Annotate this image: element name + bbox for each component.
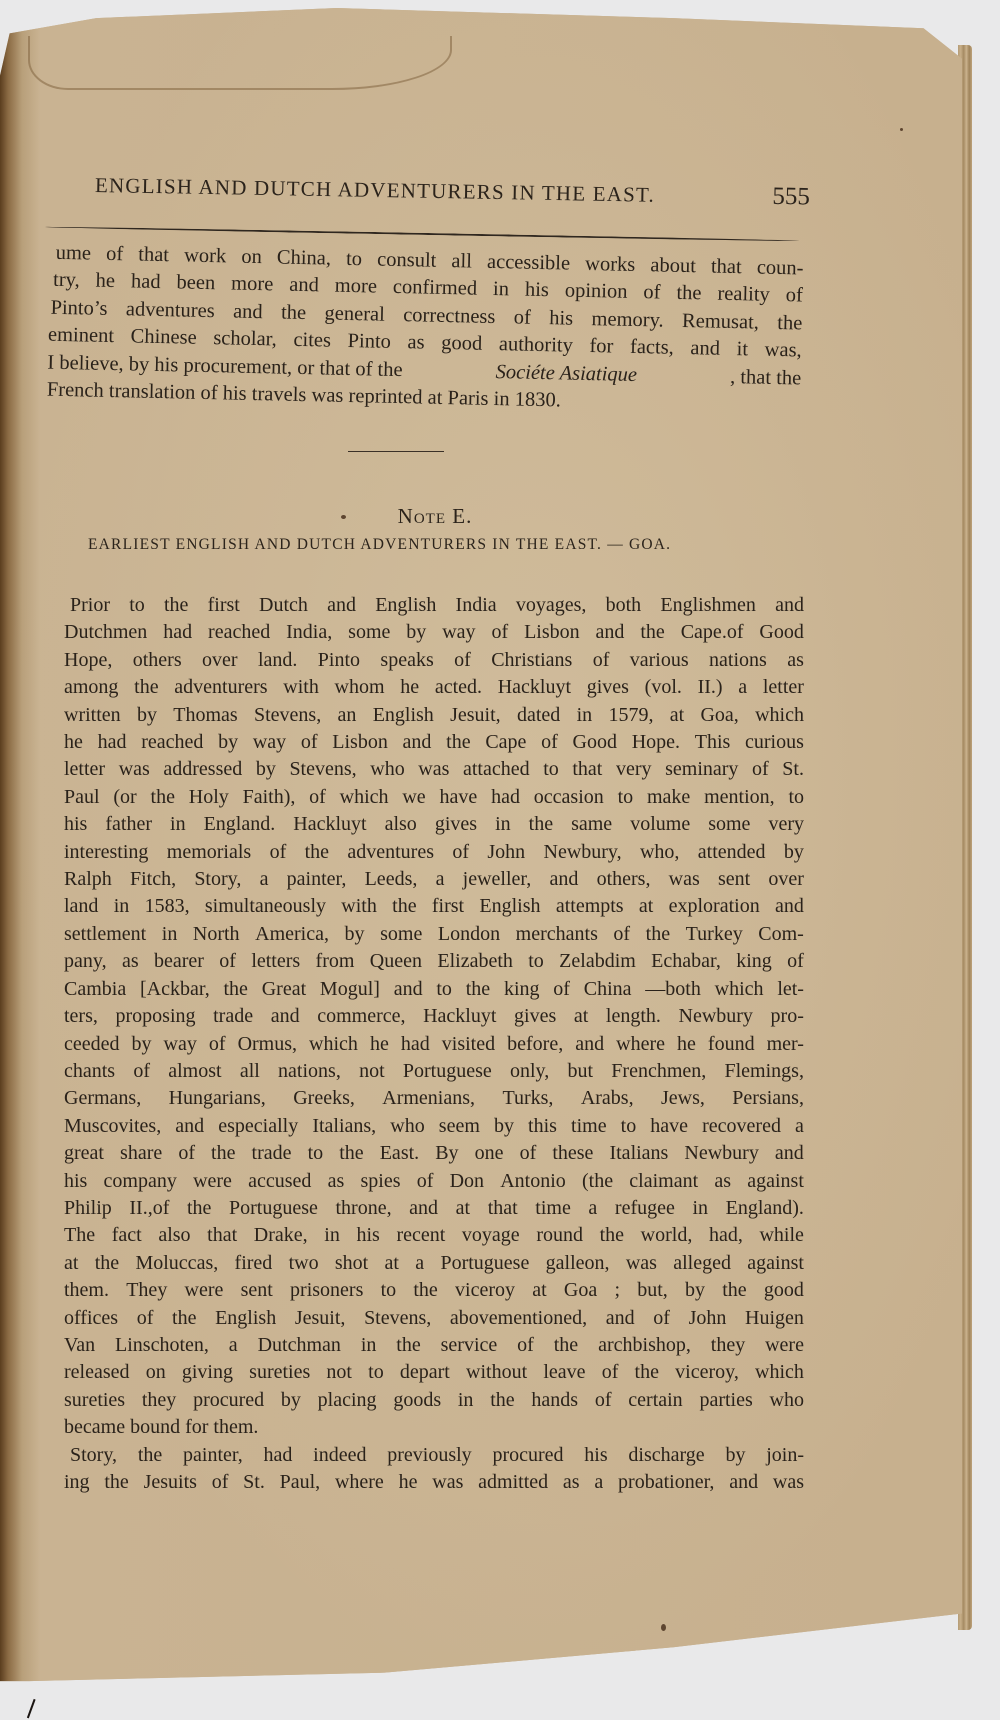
text-line: greatshareofthetradetotheEast.Byoneofthe… bbox=[64, 1140, 804, 1167]
text-line: became bound for them. bbox=[64, 1414, 804, 1441]
text-line: attheMoluccas,firedtwoshotataPortugueseg… bbox=[64, 1250, 804, 1277]
main-paragraph: PriortothefirstDutchandEnglishIndiavoyag… bbox=[64, 592, 804, 1496]
text-line: hiscompanywereaccusedasspiesofDonAntonio… bbox=[64, 1168, 804, 1195]
text-line: hehadreachedbywayofLisbonandtheCapeofGoo… bbox=[64, 729, 804, 756]
text-line: releasedongivingsuretiesnottodepartwitho… bbox=[64, 1359, 804, 1386]
text-line: interestingmemorialsoftheadventuresofJoh… bbox=[64, 839, 804, 866]
text-line: PhilipII.,ofthePortuguesethrone,andattha… bbox=[64, 1195, 804, 1222]
text-line: DutchmenhadreachedIndia,somebywayofLisbo… bbox=[64, 619, 804, 646]
text-line: PriortothefirstDutchandEnglishIndiavoyag… bbox=[64, 592, 804, 619]
text-line: Hope,othersoverland.PintospeaksofChristi… bbox=[64, 647, 804, 674]
bookmark-ribbon bbox=[27, 1699, 43, 1720]
note-subtitle: Earliest English and Dutch Adventurers i… bbox=[88, 536, 738, 554]
text-line: amongtheadventurerswithwhomheacted.Hackl… bbox=[64, 674, 804, 701]
paper-speck bbox=[900, 128, 903, 131]
text-line: writtenbyThomasStevens,anEnglishJesuit,d… bbox=[64, 702, 804, 729]
paper-speck bbox=[661, 1624, 666, 1631]
page-number: 555 bbox=[772, 183, 810, 212]
text-span: , that the bbox=[730, 364, 802, 393]
running-head-title: English and Dutch Adventurers in the Eas… bbox=[95, 173, 655, 208]
running-head: English and Dutch Adventurers in the Eas… bbox=[95, 171, 810, 211]
text-line: Story,thepainter,hadindeedpreviouslyproc… bbox=[64, 1442, 804, 1469]
text-line: letterwasaddressedbyStevens,whowasattach… bbox=[64, 756, 804, 783]
text-line: Cambia[Ackbar,theGreatMogul]andtotheking… bbox=[64, 976, 804, 1003]
text-line: Germans,Hungarians,Greeks,Armenians,Turk… bbox=[64, 1085, 804, 1112]
text-line: suretiestheyprocuredbyplacinggoodsintheh… bbox=[64, 1387, 804, 1414]
text-line: Muscovites,andespeciallyItalians,whoseem… bbox=[64, 1113, 804, 1140]
text-line: chantsofalmostallnations,notPortugueseon… bbox=[64, 1058, 804, 1085]
text-line: ThefactalsothatDrake,inhisrecentvoyagero… bbox=[64, 1222, 804, 1249]
paper-speck bbox=[341, 515, 346, 519]
text-line: officesoftheEnglishJesuit,Stevens,abovem… bbox=[64, 1305, 804, 1332]
section-divider bbox=[348, 451, 444, 452]
text-line: them.Theyweresentprisonerstotheviceroyat… bbox=[64, 1277, 804, 1304]
italic-society-name: Sociéte Asiatique bbox=[495, 359, 637, 389]
text-line: ceededbywayofOrmus,whichhehadvisitedbefo… bbox=[64, 1031, 804, 1058]
continuation-paragraph: umeofthatworkonChina,toconsultallaccessi… bbox=[61, 240, 804, 420]
text-line: ingtheJesuitsofSt.Paul,wherehewasadmitte… bbox=[64, 1469, 804, 1496]
text-line: hisfatherinEngland.Hackluytalsogivesinth… bbox=[64, 811, 804, 838]
text-line: settlementinNorthAmerica,bysomeLondonmer… bbox=[64, 921, 804, 948]
text-line: RalphFitch,Story,apainter,Leeds,ajewelle… bbox=[64, 866, 804, 893]
text-line: VanLinschoten,aDutchmanintheserviceofthe… bbox=[64, 1332, 804, 1359]
page-fold-crease bbox=[28, 36, 452, 90]
text-line: Paul(ortheHolyFaith),ofwhichwehavehadocc… bbox=[64, 784, 804, 811]
header-rule bbox=[45, 226, 800, 242]
book-page: English and Dutch Adventurers in the Eas… bbox=[0, 8, 962, 1698]
text-line: landin1583,simultaneouslywiththefirstEng… bbox=[64, 893, 804, 920]
note-title: Note E. bbox=[0, 504, 870, 529]
text-line: ters,proposingtradeandcommerce,Hackluytg… bbox=[64, 1003, 804, 1030]
text-line: pany,asbeareroflettersfromQueenElizabeth… bbox=[64, 948, 804, 975]
